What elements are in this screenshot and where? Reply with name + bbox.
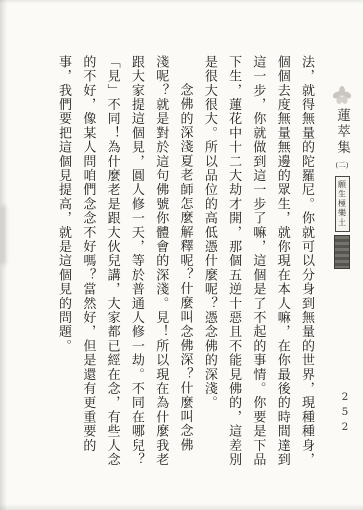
- body-text: 法，就得無量的陀羅尼。你就可以分身到無量的世界，現種種身， 個個去度無量無邊的眾…: [52, 55, 319, 471]
- scan-edge-bottom: [0, 504, 363, 510]
- scanned-book-page: 蓮萃集 (二) 願生極樂土 法，就得無量的陀羅尼。你就可以分身到無量的世界，現種…: [0, 0, 363, 510]
- page-number: 252: [339, 391, 351, 436]
- series-label: 願生極樂土: [335, 176, 350, 232]
- masthead: 蓮萃集 (二) 願生極樂土: [327, 84, 357, 269]
- scan-smudge: [1, 205, 6, 265]
- scan-edge-top: [0, 0, 363, 4]
- text-column: 法，就得無量的陀羅尼。你就可以分身到無量的世界，現種種身，: [295, 55, 319, 471]
- text-column-paragraph-start: 念佛的深淺夏老師怎麼解釋呢？什麼叫念佛深？什麼叫念佛: [173, 55, 197, 471]
- text-column: 下生，蓮花中十二大劫才開，那個五逆十惡且不能見佛的，這差別: [222, 55, 246, 471]
- text-column: 個個去度無量無邊的眾生，就你現在本人嘛，在你最後的時間達到: [270, 55, 294, 471]
- book-volume: (二): [336, 159, 349, 170]
- chapter-label-inverted: [334, 235, 350, 269]
- book-title: 蓮萃集: [332, 108, 352, 156]
- text-column: 的不好，像某人問咱們念念不好嗎？當然好，但是還有更重要的: [76, 55, 100, 471]
- text-column: 淺呢？就是對於這句佛號你體會的深淺。見！所以現在為什麼我老: [149, 55, 173, 471]
- text-column: 事，我們要把這個見提高，就是這個見的問題。: [52, 55, 76, 471]
- text-column: 這一步，你就做到這一步了嘛，這個是了不起的事情。你要是下品: [246, 55, 270, 471]
- text-column: 「見」不同！為什麼老是跟大伙兒講，大家都已經在念，有些人念: [100, 55, 124, 471]
- text-column: 是很大很大。所以品位的高低憑什麼呢？憑念佛的深淺。: [198, 55, 222, 471]
- lotus-ornament-icon: [331, 84, 353, 106]
- text-column: 跟大家提這個見，圓人修一天，等於普通人修一劫。不同在哪兒？: [125, 55, 149, 471]
